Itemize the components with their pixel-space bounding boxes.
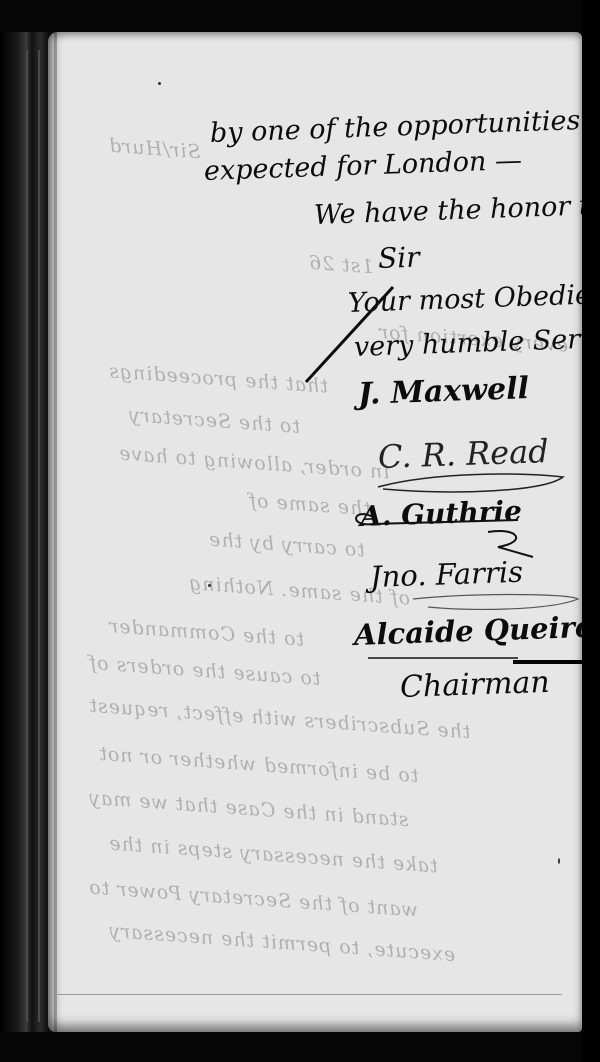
bleed-through-text: in order, allowing to have — [118, 443, 391, 484]
closing-salutation-sir: Sir — [377, 241, 420, 275]
signature-title-chairman: Chairman — [399, 665, 550, 705]
spine-stripe — [38, 50, 40, 1022]
bleed-through-text: to the Secretary — [127, 404, 300, 438]
paper-speck — [558, 858, 560, 864]
signature-queiros: Alcaide Queiros — [353, 609, 582, 652]
bleed-through-text: stand in the Case that we may — [88, 787, 410, 831]
paper-speck — [158, 82, 161, 85]
bleed-through-text: execute, to permit the necessary — [108, 920, 456, 966]
bleed-through-text: to the Commander — [107, 615, 304, 651]
closing-line-1: by one of the opportunities sh — [209, 104, 582, 149]
signature-flourish — [373, 467, 573, 497]
page-gutter-shadow — [54, 32, 57, 1032]
bleed-through-text: to carry by the — [207, 529, 365, 562]
bleed-through-text: that the proceedings — [108, 360, 329, 397]
scan-right-border — [582, 0, 600, 1062]
closing-line-3: We have the honor t — [313, 190, 582, 231]
page-bottom-rule — [56, 994, 562, 995]
signature-flourish — [348, 502, 548, 562]
bleed-through-text: Sir/Hurd — [107, 135, 201, 163]
manuscript-page: Sir/Hurd 1st 26 every exertion for that … — [48, 32, 582, 1032]
signature-maxwell: J. Maxwell — [357, 371, 529, 412]
closing-line-2: expected for London — — [203, 145, 522, 187]
bleed-through-text: to cause the orders of — [88, 652, 322, 690]
bleed-through-text: 1st 26 — [307, 252, 374, 279]
bleed-through-text: to be informed whether or not — [98, 743, 420, 787]
spine-stripe — [26, 50, 28, 1022]
paper-speck — [208, 584, 211, 587]
bleed-through-text: want of the Secretary Power to — [88, 877, 419, 922]
scan-top-border — [0, 0, 600, 32]
scan-bottom-border — [0, 1032, 600, 1062]
bleed-through-text: take the necessary steps in the — [108, 833, 439, 878]
